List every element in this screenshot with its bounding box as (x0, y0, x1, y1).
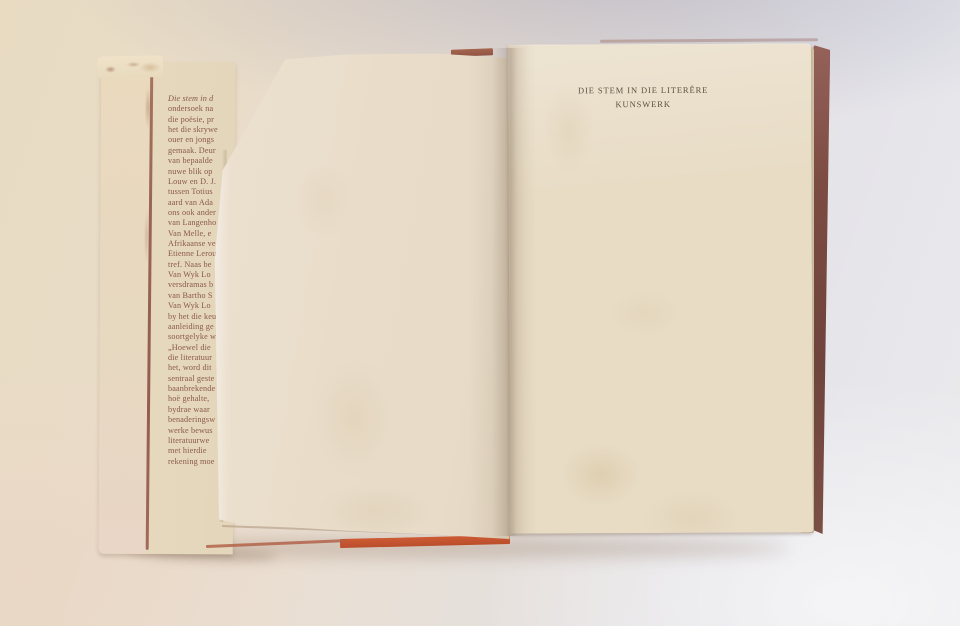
title-page: DIE STEM IN DIE LITERÊRE KUNSWERK (508, 43, 813, 533)
title-line-1: DIE STEM IN DIE LITERÊRE (508, 82, 778, 97)
blank-flyleaf-page (210, 52, 510, 546)
jacket-top-edge (600, 38, 818, 43)
photo-background: Die stem in dondersoek nadie poësie, prh… (0, 0, 960, 626)
jacket-edge-wear (140, 72, 156, 372)
book-title: DIE STEM IN DIE LITERÊRE KUNSWERK (508, 82, 778, 111)
open-book: Die stem in dondersoek nadie poësie, prh… (0, 0, 960, 626)
title-line-2: KUNSWERK (508, 96, 778, 111)
book-gutter-shadow (492, 48, 526, 536)
